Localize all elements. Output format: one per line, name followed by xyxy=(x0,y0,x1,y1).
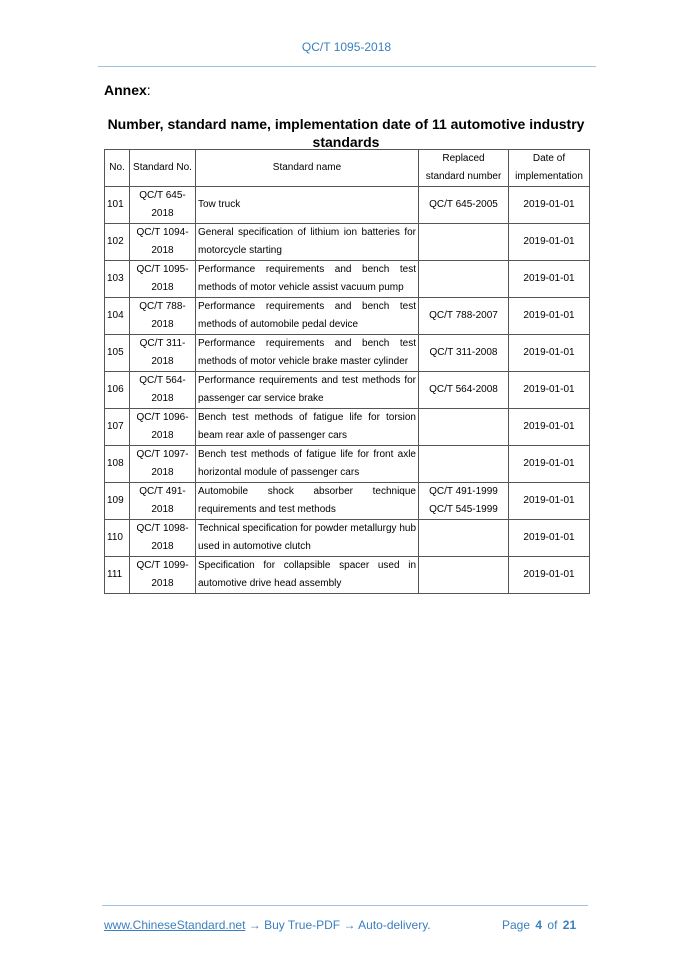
table-row: 105QC/T 311-2018Performance requirements… xyxy=(105,335,590,372)
table-row: 106QC/T 564-2018Performance requirements… xyxy=(105,372,590,409)
implementation-date: 2019-01-01 xyxy=(509,224,590,261)
replaced-standard: QC/T 491-1999QC/T 545-1999 xyxy=(419,483,509,520)
standard-number: QC/T 1099-2018 xyxy=(130,557,196,594)
implementation-date: 2019-01-01 xyxy=(509,298,590,335)
table-body: 101QC/T 645-2018Tow truckQC/T 645-200520… xyxy=(105,187,590,594)
current-page: 4 xyxy=(535,918,542,932)
replaced-standard xyxy=(419,409,509,446)
column-header-no: No. xyxy=(105,150,130,187)
standard-name: Bench test methods of fatigue life for f… xyxy=(196,446,419,483)
replaced-standard: QC/T 645-2005 xyxy=(419,187,509,224)
table-row: 107QC/T 1096-2018Bench test methods of f… xyxy=(105,409,590,446)
standard-name: General specification of lithium ion bat… xyxy=(196,224,419,261)
implementation-date: 2019-01-01 xyxy=(509,261,590,298)
row-number: 104 xyxy=(105,298,130,335)
standard-number: QC/T 788-2018 xyxy=(130,298,196,335)
implementation-date: 2019-01-01 xyxy=(509,335,590,372)
website-link[interactable]: www.ChineseStandard.net xyxy=(104,918,245,932)
standard-name: Specification for collapsible spacer use… xyxy=(196,557,419,594)
table-row: 109QC/T 491-2018Automobile shock absorbe… xyxy=(105,483,590,520)
standard-name: Automobile shock absorber technique requ… xyxy=(196,483,419,520)
total-pages: 21 xyxy=(563,918,576,932)
implementation-date: 2019-01-01 xyxy=(509,483,590,520)
implementation-date: 2019-01-01 xyxy=(509,187,590,224)
standard-number: QC/T 564-2018 xyxy=(130,372,196,409)
document-header-title: QC/T 1095-2018 xyxy=(0,40,693,54)
standard-name: Performance requirements and bench test … xyxy=(196,298,419,335)
standard-number: QC/T 491-2018 xyxy=(130,483,196,520)
row-number: 111 xyxy=(105,557,130,594)
implementation-date: 2019-01-01 xyxy=(509,557,590,594)
replaced-standard xyxy=(419,224,509,261)
annex-colon: : xyxy=(147,82,151,98)
standard-name: Bench test methods of fatigue life for t… xyxy=(196,409,419,446)
row-number: 105 xyxy=(105,335,130,372)
row-number: 106 xyxy=(105,372,130,409)
auto-delivery-text: Auto-delivery. xyxy=(358,918,430,932)
page-indicator: Page 4 of 21 xyxy=(502,918,576,932)
replaced-standard xyxy=(419,446,509,483)
column-header-standard-name: Standard name xyxy=(196,150,419,187)
replaced-standard xyxy=(419,520,509,557)
implementation-date: 2019-01-01 xyxy=(509,520,590,557)
table-row: 110QC/T 1098-2018Technical specification… xyxy=(105,520,590,557)
standard-name: Performance requirements and bench test … xyxy=(196,261,419,298)
row-number: 101 xyxy=(105,187,130,224)
table-row: 102QC/T 1094-2018General specification o… xyxy=(105,224,590,261)
standard-number: QC/T 1096-2018 xyxy=(130,409,196,446)
standard-number: QC/T 1095-2018 xyxy=(130,261,196,298)
table-header-row: No. Standard No. Standard name Replaceds… xyxy=(105,150,590,187)
replaced-standard xyxy=(419,261,509,298)
arrow-icon: → xyxy=(343,918,355,932)
standard-number: QC/T 1098-2018 xyxy=(130,520,196,557)
implementation-date: 2019-01-01 xyxy=(509,409,590,446)
arrow-icon: → xyxy=(249,918,261,932)
row-number: 103 xyxy=(105,261,130,298)
replaced-standard: QC/T 788-2007 xyxy=(419,298,509,335)
standard-number: QC/T 1097-2018 xyxy=(130,446,196,483)
annex-heading: Annex: xyxy=(104,82,151,98)
standard-name: Tow truck xyxy=(196,187,419,224)
standard-name: Performance requirements and test method… xyxy=(196,372,419,409)
row-number: 110 xyxy=(105,520,130,557)
table-row: 103QC/T 1095-2018Performance requirement… xyxy=(105,261,590,298)
standard-name: Technical specification for powder metal… xyxy=(196,520,419,557)
standards-table: No. Standard No. Standard name Replaceds… xyxy=(104,149,590,594)
implementation-date: 2019-01-01 xyxy=(509,372,590,409)
implementation-date: 2019-01-01 xyxy=(509,446,590,483)
row-number: 102 xyxy=(105,224,130,261)
row-number: 109 xyxy=(105,483,130,520)
table-row: 108QC/T 1097-2018Bench test methods of f… xyxy=(105,446,590,483)
standard-number: QC/T 645-2018 xyxy=(130,187,196,224)
row-number: 108 xyxy=(105,446,130,483)
table-row: 104QC/T 788-2018Performance requirements… xyxy=(105,298,590,335)
standard-number: QC/T 1094-2018 xyxy=(130,224,196,261)
annex-label: Annex xyxy=(104,82,147,98)
standard-name: Performance requirements and bench test … xyxy=(196,335,419,372)
column-header-replaced: Replacedstandard number xyxy=(419,150,509,187)
footer-promo: www.ChineseStandard.net → Buy True-PDF →… xyxy=(104,918,431,932)
header-divider xyxy=(98,66,596,67)
replaced-standard: QC/T 311-2008 xyxy=(419,335,509,372)
column-header-date: Date ofimplementation xyxy=(509,150,590,187)
table-row: 101QC/T 645-2018Tow truckQC/T 645-200520… xyxy=(105,187,590,224)
buy-text: Buy True-PDF xyxy=(264,918,340,932)
replaced-standard: QC/T 564-2008 xyxy=(419,372,509,409)
standard-number: QC/T 311-2018 xyxy=(130,335,196,372)
row-number: 107 xyxy=(105,409,130,446)
footer-divider xyxy=(102,905,588,906)
table-row: 111QC/T 1099-2018Specification for colla… xyxy=(105,557,590,594)
column-header-standard-no: Standard No. xyxy=(130,150,196,187)
table-title: Number, standard name, implementation da… xyxy=(104,115,588,151)
replaced-standard xyxy=(419,557,509,594)
